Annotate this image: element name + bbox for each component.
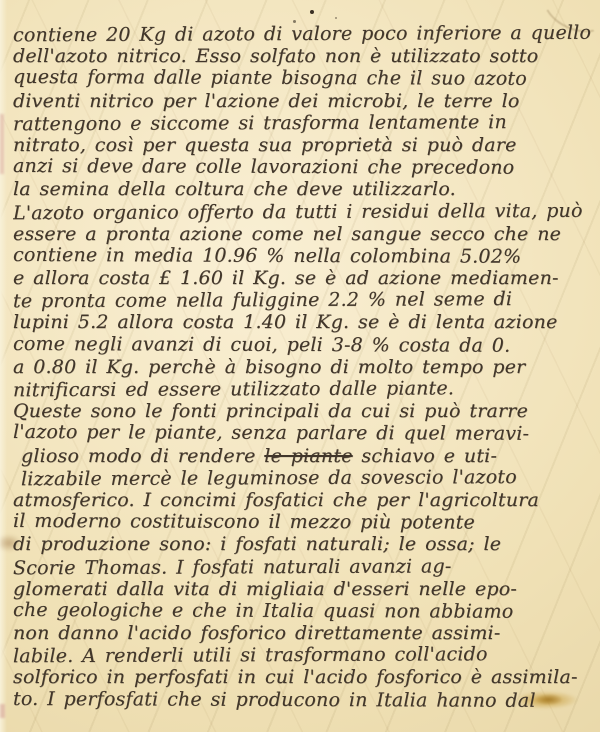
handwritten-text: contiene 20 Kg di azoto di valore poco i…: [13, 23, 591, 46]
manuscript-line: te pronta come nella fuliggine 2.2 % nel…: [13, 288, 600, 313]
manuscript-line: l'azoto per le piante, senza parlare di …: [13, 421, 600, 445]
handwritten-text: a 0.80 il Kg. perchè à bisogno di molto …: [13, 356, 525, 378]
manuscript-line: Scorie Thomas. I fosfati naturali avanzi…: [13, 554, 600, 579]
handwritten-text: schiavo e uti-: [353, 445, 497, 467]
handwritten-text: l'azoto per le piante, senza parlare di …: [13, 421, 529, 445]
manuscript-line: e allora costa £ 1.60 il Kg. se è ad azi…: [13, 267, 600, 289]
handwritten-text: nitrificarsi ed essere utilizzato dalle …: [13, 377, 454, 401]
manuscript-line: la semina della coltura che deve utilizz…: [13, 178, 600, 200]
handwritten-text: solforico in perfosfati in cui l'acido f…: [13, 666, 578, 688]
manuscript-line: a 0.80 il Kg. perchè à bisogno di molto …: [13, 356, 600, 378]
manuscript-line: che geologiche e che in Italia quasi non…: [13, 599, 600, 623]
manuscript-text: contiene 20 Kg di azoto di valore poco i…: [13, 23, 600, 732]
handwritten-text: la semina della coltura che deve utilizz…: [13, 178, 456, 200]
paper-left-edge: [0, 0, 7, 732]
handwritten-text: te pronta come nella fuliggine 2.2 % nel…: [13, 288, 512, 312]
manuscript-line: nitrato, così per questa sua proprietà s…: [13, 134, 600, 156]
handwritten-text: non danno l'acido fosforico direttamente…: [13, 622, 500, 644]
handwritten-text: lizzabile mercè le leguminose da sovesci…: [21, 466, 517, 490]
handwritten-text: to. I perfosfati che si producono in Ita…: [13, 688, 536, 712]
manuscript-line: L'azoto organico offerto da tutti i resi…: [13, 199, 600, 224]
handwritten-text: Queste sono le fonti principali da cui s…: [13, 400, 528, 422]
handwritten-text: il moderno costituiscono il mezzo più po…: [13, 510, 475, 534]
handwritten-text: questa forma dalle piante bisogna che il…: [13, 66, 527, 90]
manuscript-line: lizzabile mercè le leguminose da sovesci…: [21, 465, 600, 490]
manuscript-line: non danno l'acido fosforico direttamente…: [13, 622, 600, 644]
struck-handwritten-text: le piante: [264, 445, 352, 467]
handwritten-text: labile. A renderli utili si trasformano …: [13, 643, 488, 667]
manuscript-line: come negli avanzi di cuoi, peli 3-8 % co…: [13, 333, 600, 357]
manuscript-line: glioso modo di rendere le piante schiavo…: [21, 445, 600, 467]
handwritten-text: che geologiche e che in Italia quasi non…: [13, 599, 513, 623]
manuscript-page: { "page": { "kind": "handwritten manuscr…: [0, 0, 600, 732]
manuscript-line: essere a pronta azione come nel sangue s…: [13, 223, 600, 245]
handwritten-text: L'azoto organico offerto da tutti i resi…: [13, 199, 583, 223]
handwritten-text: lupini 5.2 allora costa 1.40 il Kg. se è…: [13, 311, 558, 333]
manuscript-line: il moderno costituiscono il mezzo più po…: [13, 510, 600, 534]
handwritten-text: dell'azoto nitrico. Esso solfato non è u…: [13, 45, 538, 67]
handwritten-text: come negli avanzi di cuoi, peli 3-8 % co…: [13, 333, 510, 357]
handwritten-text: nitrato, così per questa sua proprietà s…: [13, 134, 517, 156]
manuscript-line: solforico in perfosfati in cui l'acido f…: [13, 666, 600, 688]
manuscript-line: atmosferico. I concimi fosfatici che per…: [13, 489, 600, 511]
manuscript-line: labile. A renderli utili si trasformano …: [13, 643, 600, 668]
handwritten-text: atmosferico. I concimi fosfatici che per…: [13, 489, 539, 511]
manuscript-line: anzi si deve dare colle lavorazioni che …: [13, 155, 600, 179]
handwritten-text: e allora costa £ 1.60 il Kg. se è ad azi…: [13, 267, 559, 289]
handwritten-text: glomerati dalla vita di migliaia d'esser…: [13, 578, 517, 600]
manuscript-line: glomerati dalla vita di migliaia d'esser…: [13, 578, 600, 600]
manuscript-line: rattengono e siccome si trasforma lentam…: [13, 110, 600, 135]
manuscript-line: contiene 20 Kg di azoto di valore poco i…: [13, 23, 600, 46]
manuscript-line: Queste sono le fonti principali da cui s…: [13, 400, 600, 422]
paper-background: contiene 20 Kg di azoto di valore poco i…: [0, 0, 600, 732]
handwritten-text: essere a pronta azione come nel sangue s…: [13, 223, 561, 245]
manuscript-line: di produzione sono: i fosfati naturali; …: [13, 533, 600, 555]
margin-pink-mark: [0, 114, 4, 174]
manuscript-line: questa forma dalle piante bisogna che il…: [13, 66, 600, 90]
handwritten-text: contiene in media 10.96 % nella colombin…: [13, 244, 521, 268]
ink-dot: [335, 17, 337, 19]
margin-pink-mark: [0, 704, 5, 718]
handwritten-text: anzi si deve dare colle lavorazioni che …: [13, 155, 514, 179]
manuscript-line: nitrificarsi ed essere utilizzato dalle …: [13, 377, 600, 402]
manuscript-line: to. I perfosfati che si producono in Ita…: [13, 688, 600, 712]
handwritten-text: glioso modo di rendere: [21, 445, 264, 467]
manuscript-line: dell'azoto nitrico. Esso solfato non è u…: [13, 45, 600, 67]
manuscript-line: lupini 5.2 allora costa 1.40 il Kg. se è…: [13, 311, 600, 333]
manuscript-line: diventi nitrico per l'azione dei microbi…: [13, 90, 600, 112]
handwritten-text: Scorie Thomas. I fosfati naturali avanzi…: [13, 555, 451, 579]
handwritten-text: diventi nitrico per l'azione dei microbi…: [13, 90, 520, 112]
handwritten-text: rattengono e siccome si trasforma lentam…: [13, 111, 507, 135]
manuscript-line: contiene in media 10.96 % nella colombin…: [13, 244, 600, 268]
handwritten-text: di produzione sono: i fosfati naturali; …: [13, 533, 501, 555]
ink-dot: [310, 10, 314, 14]
